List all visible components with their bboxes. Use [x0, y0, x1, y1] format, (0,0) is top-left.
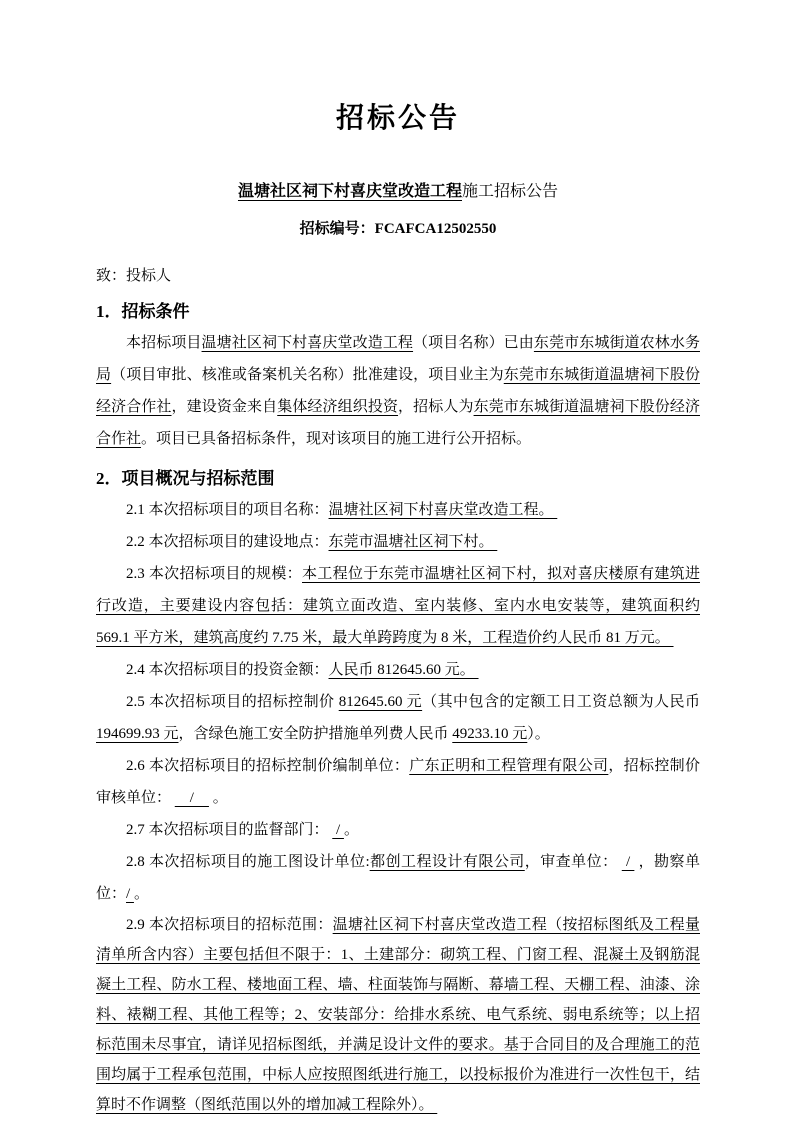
text-segment: 人民币 812645.60 元。 — [329, 662, 479, 678]
text-segment: 温塘社区祠下村喜庆堂改造工程 — [202, 335, 414, 351]
text-segment: 广东正明和工程管理有限公司 — [409, 758, 608, 774]
text-segment: / — [622, 854, 635, 870]
section-1-paragraph: 本招标项目温塘社区祠下村喜庆堂改造工程（项目名称）已由东莞市东城街道农林水务局（… — [96, 327, 700, 455]
text-segment: 都创工程设计有限公司 — [370, 854, 525, 870]
text-segment: 2.9 本次招标项目的招标范围： — [126, 917, 333, 933]
item-2-9: 2.9 本次招标项目的招标范围：温塘社区祠下村喜庆堂改造工程（按招标图纸及工程量… — [96, 910, 700, 1120]
text-segment: 2.1 本次招标项目的项目名称： — [126, 502, 329, 518]
text-segment: ，审查单位： — [525, 854, 622, 870]
tender-number-label: 招标编号： — [300, 221, 375, 237]
item-2-7: 2.7 本次招标项目的监督部门： / 。 — [96, 814, 700, 846]
text-segment: 49233.10 元 — [452, 726, 527, 742]
text-segment: 。项目已具备招标条件，现对该项目的施工进行公开招标。 — [141, 431, 531, 447]
addressee-line: 致：投标人 — [96, 264, 700, 288]
document-subtitle: 温塘社区祠下村喜庆堂改造工程施工招标公告 — [96, 180, 700, 204]
document-title: 招标公告 — [96, 102, 700, 136]
subtitle-project-name: 温塘社区祠下村喜庆堂改造工程 — [238, 183, 462, 200]
text-segment: / — [332, 822, 344, 838]
section-1-heading: 1．招标条件 — [96, 297, 700, 327]
item-2-2: 2.2 本次招标项目的建设地点：东莞市温塘社区祠下村。 — [96, 526, 700, 558]
item-2-1: 2.1 本次招标项目的项目名称：温塘社区祠下村喜庆堂改造工程。 — [96, 494, 700, 526]
text-segment: ，含绿色施工安全防护措施单列费人民币 — [179, 726, 453, 742]
text-segment: 2.8 本次招标项目的施工图设计单位: — [126, 854, 370, 870]
text-segment: 194699.93 元 — [96, 726, 179, 742]
document-body: { "page": { "title": "招标公告", "subtitle":… — [0, 0, 794, 1123]
text-segment: ，建设资金来自 — [172, 399, 278, 415]
item-2-3: 2.3 本次招标项目的规模：本工程位于东莞市温塘社区祠下村，拟对喜庆楼原有建筑进… — [96, 558, 700, 654]
text-segment: / — [126, 886, 134, 902]
text-segment: ）。 — [527, 726, 550, 742]
item-2-4: 2.4 本次招标项目的投资金额：人民币 812645.60 元。 — [96, 654, 700, 686]
item-2-8: 2.8 本次招标项目的施工图设计单位:都创工程设计有限公司，审查单位： / ，勘… — [96, 846, 700, 910]
text-segment: / — [175, 790, 209, 806]
text-segment: 集体经济组织投资 — [277, 399, 398, 415]
text-segment: 东莞市温塘社区祠下村。 — [329, 534, 498, 550]
text-segment: 2.4 本次招标项目的投资金额： — [126, 662, 329, 678]
text-segment: 温塘社区祠下村喜庆堂改造工程（按招标图纸及工程量清单所含内容）主要包括但不限于：… — [96, 917, 700, 1113]
text-segment: 。 — [344, 822, 359, 838]
text-segment: 2.5 本次招标项目的招标控制价 — [126, 694, 339, 710]
text-segment: （项目名称）已由 — [413, 335, 534, 351]
text-segment: 812645.60 元 — [339, 694, 422, 710]
text-segment: 本招标项目 — [126, 335, 202, 351]
tender-number-value: FCAFCA12502550 — [375, 221, 497, 237]
text-segment: 2.6 本次招标项目的招标控制价编制单位： — [126, 758, 409, 774]
text-segment: 温塘社区祠下村喜庆堂改造工程。 — [329, 502, 558, 518]
text-segment: ，招标人为 — [398, 399, 474, 415]
document-page: 招标公告 温塘社区祠下村喜庆堂改造工程施工招标公告 招标编号：FCAFCA125… — [0, 0, 794, 1123]
text-segment: 2.2 本次招标项目的建设地点： — [126, 534, 329, 550]
tender-number-line: 招标编号：FCAFCA12502550 — [96, 218, 700, 240]
text-segment: （项目审批、核准或备案机关名称）批准建设，项目业主为 — [111, 367, 504, 383]
text-segment: 2.3 本次招标项目的规模： — [126, 566, 302, 582]
text-segment: 。 — [209, 790, 228, 806]
text-segment: 2.7 本次招标项目的监督部门： — [126, 822, 332, 838]
subtitle-suffix: 施工招标公告 — [462, 183, 558, 200]
text-segment: 。 — [134, 886, 149, 902]
item-2-5: 2.5 本次招标项目的招标控制价 812645.60 元（其中包含的定额工日工资… — [96, 686, 700, 750]
section-2-heading: 2．项目概况与招标范围 — [96, 464, 700, 494]
item-2-6: 2.6 本次招标项目的招标控制价编制单位：广东正明和工程管理有限公司，招标控制价… — [96, 750, 700, 814]
text-segment: （其中包含的定额工日工资总额为人民币 — [422, 694, 700, 710]
